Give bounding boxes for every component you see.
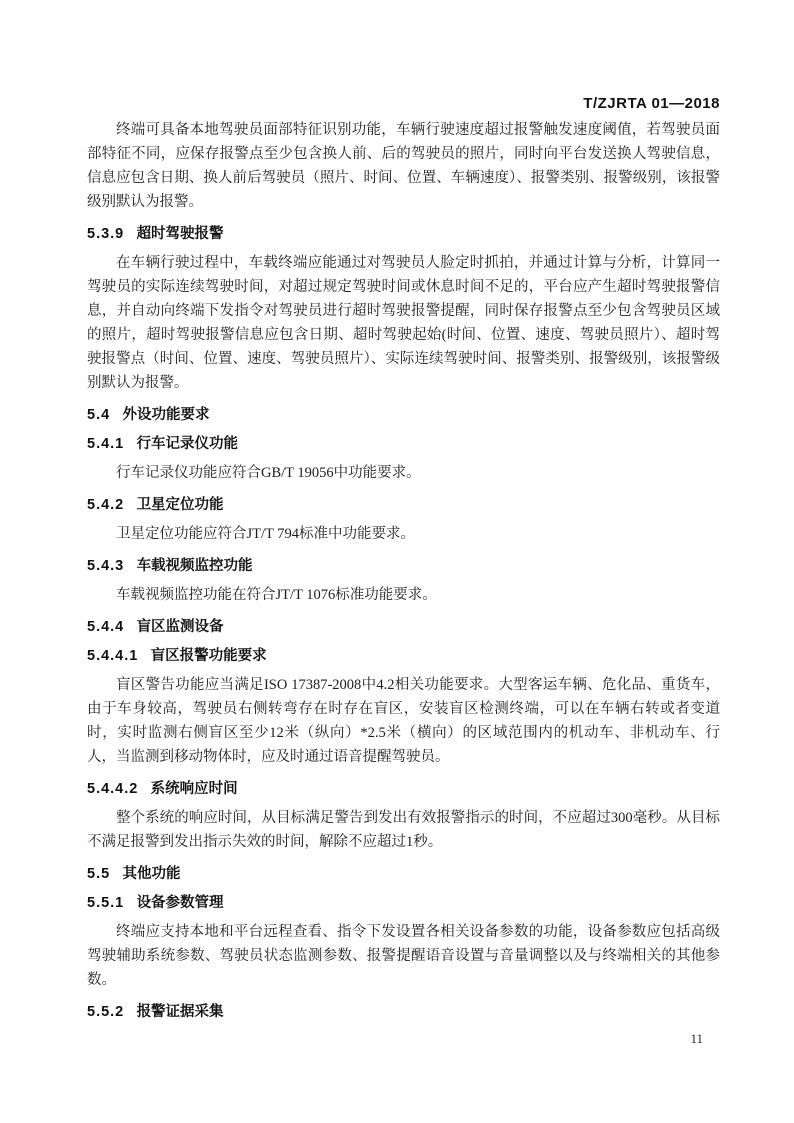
body-paragraph: 卫星定位功能应符合JT/T 794标准中功能要求。 bbox=[87, 522, 720, 546]
section-title: 盲区监测设备 bbox=[137, 619, 224, 635]
page-number: 11 bbox=[690, 1032, 703, 1046]
section-number: 5.4.3 bbox=[87, 558, 124, 574]
section-title: 其他功能 bbox=[122, 866, 180, 882]
section-title: 卫星定位功能 bbox=[137, 497, 224, 513]
section-number: 5.4.4.2 bbox=[87, 781, 138, 797]
section-number: 5.4 bbox=[87, 407, 110, 423]
section-heading: 5.5.2报警证据采集 bbox=[87, 1004, 720, 1021]
document-body: 终端可具备本地驾驶员面部特征识别功能，车辆行驶速度超过报警触发速度阈值，若驾驶员… bbox=[87, 118, 720, 1021]
body-paragraph: 盲区警告功能应当满足ISO 17387-2008中4.2相关功能要求。大型客运车… bbox=[87, 673, 720, 769]
body-paragraph: 车载视频监控功能在符合JT/T 1076标准功能要求。 bbox=[87, 583, 720, 607]
body-paragraph: 终端可具备本地驾驶员面部特征识别功能，车辆行驶速度超过报警触发速度阈值，若驾驶员… bbox=[87, 118, 720, 214]
body-paragraph: 行车记录仪功能应符合GB/T 19056中功能要求。 bbox=[87, 461, 720, 485]
section-number: 5.4.4.1 bbox=[87, 648, 138, 664]
section-heading: 5.4.4.1盲区报警功能要求 bbox=[87, 648, 720, 665]
body-paragraph: 在车辆行驶过程中，车载终端应能通过对驾驶员人脸定时抓拍，并通过计算与分析，计算同… bbox=[87, 251, 720, 395]
section-title: 系统响应时间 bbox=[151, 781, 238, 797]
section-title: 车载视频监控功能 bbox=[137, 558, 253, 574]
section-number: 5.4.1 bbox=[87, 436, 124, 452]
section-title: 报警证据采集 bbox=[137, 1004, 224, 1020]
section-heading: 5.4外设功能要求 bbox=[87, 407, 720, 424]
section-title: 行车记录仪功能 bbox=[137, 436, 239, 452]
section-number: 5.5.1 bbox=[87, 895, 124, 911]
section-number: 5.5.2 bbox=[87, 1004, 124, 1020]
body-paragraph: 终端应支持本地和平台远程查看、指令下发设置各相关设备参数的功能，设备参数应包括高… bbox=[87, 920, 720, 992]
section-heading: 5.4.4盲区监测设备 bbox=[87, 619, 720, 636]
section-number: 5.4.4 bbox=[87, 619, 124, 635]
body-paragraph: 整个系统的响应时间，从目标满足警告到发出有效报警指示的时间，不应超过300毫秒。… bbox=[87, 806, 720, 854]
section-heading: 5.4.2卫星定位功能 bbox=[87, 497, 720, 514]
section-number: 5.3.9 bbox=[87, 226, 124, 242]
section-title: 超时驾驶报警 bbox=[137, 226, 224, 242]
section-title: 盲区报警功能要求 bbox=[151, 648, 267, 664]
section-number: 5.4.2 bbox=[87, 497, 124, 513]
section-heading: 5.4.1行车记录仪功能 bbox=[87, 436, 720, 453]
section-heading: 5.5.1设备参数管理 bbox=[87, 895, 720, 912]
section-heading: 5.3.9超时驾驶报警 bbox=[87, 226, 720, 243]
standard-number-header: T/ZJRTA 01—2018 bbox=[87, 96, 720, 112]
section-title: 外设功能要求 bbox=[122, 407, 209, 423]
section-heading: 5.5其他功能 bbox=[87, 866, 720, 883]
section-title: 设备参数管理 bbox=[137, 895, 224, 911]
section-heading: 5.4.3车载视频监控功能 bbox=[87, 558, 720, 575]
section-heading: 5.4.4.2系统响应时间 bbox=[87, 781, 720, 798]
section-number: 5.5 bbox=[87, 866, 110, 882]
document-page: T/ZJRTA 01—2018 终端可具备本地驾驶员面部特征识别功能，车辆行驶速… bbox=[0, 0, 794, 1123]
